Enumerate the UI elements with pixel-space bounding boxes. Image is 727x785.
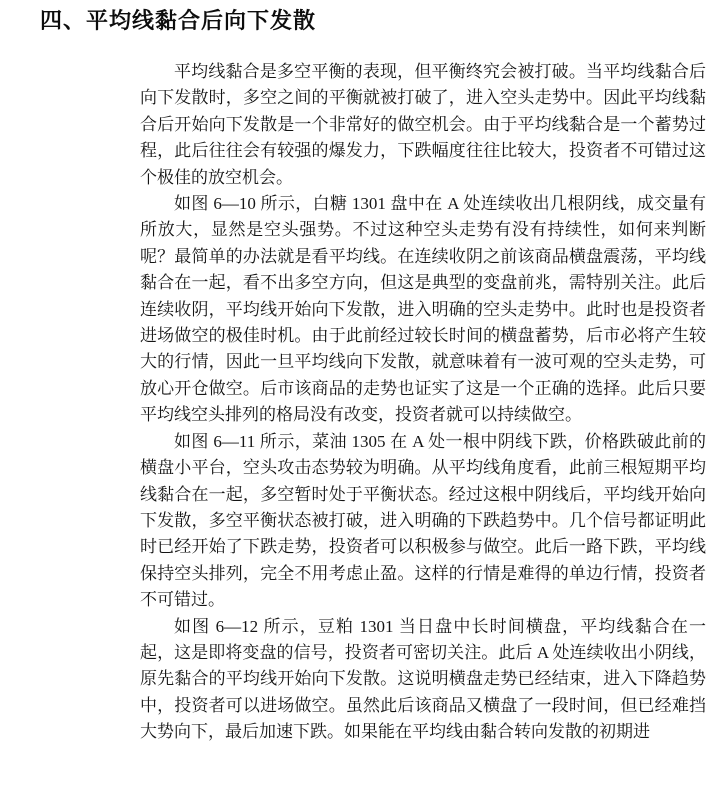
paragraph: 如图 6—12 所示，豆粕 1301 当日盘中长时间横盘，平均线黏合在一起，这是… [140, 614, 706, 746]
paragraph: 如图 6—11 所示，菜油 1305 在 A 处一根中阴线下跌，价格跌破此前的横… [140, 429, 706, 614]
body-text-block: 平均线黏合是多空平衡的表现，但平衡终究会被打破。当平均线黏合后向下发散时，多空之… [140, 59, 706, 746]
section-heading: 四、平均线黏合后向下发散 [40, 8, 316, 34]
book-page: 四、平均线黏合后向下发散 平均线黏合是多空平衡的表现，但平衡终究会被打破。当平均… [0, 0, 727, 785]
paragraph: 平均线黏合是多空平衡的表现，但平衡终究会被打破。当平均线黏合后向下发散时，多空之… [140, 59, 706, 191]
paragraph: 如图 6—10 所示，白糖 1301 盘中在 A 处连续收出几根阴线，成交量有所… [140, 191, 706, 429]
